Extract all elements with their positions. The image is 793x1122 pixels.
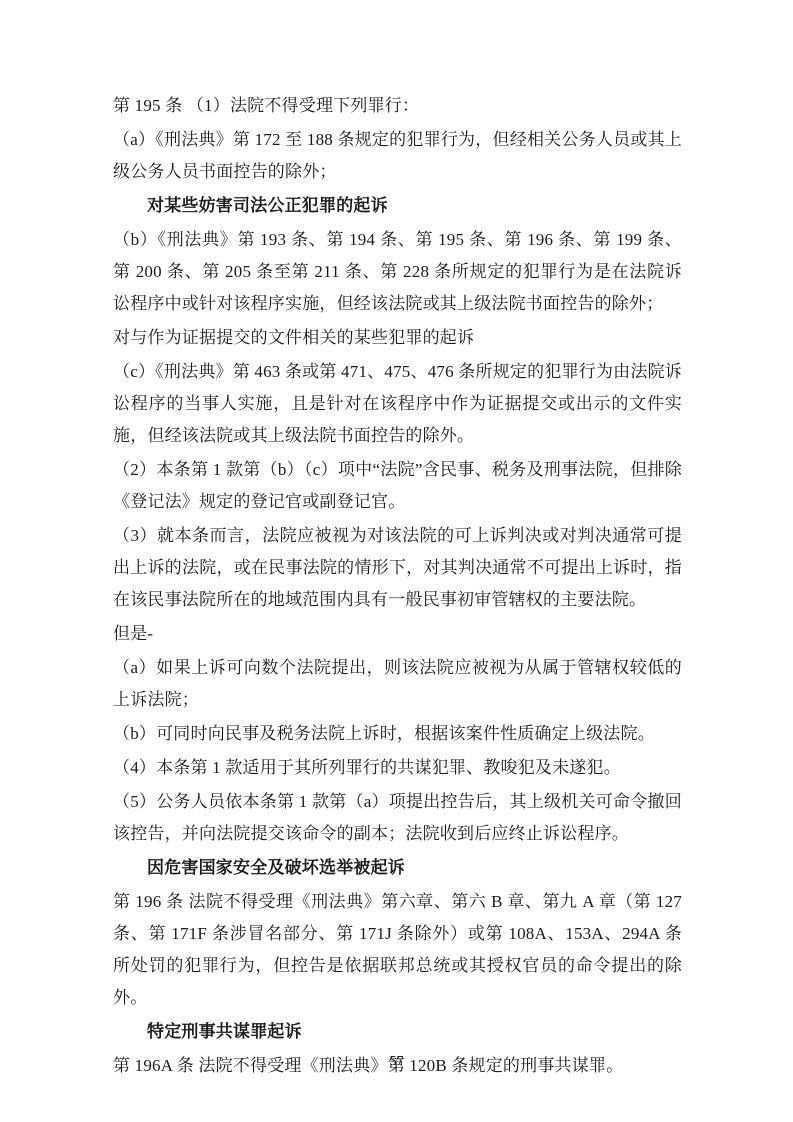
section-heading: 对与作为证据提交的文件相关的某些犯罪的起诉 [113, 322, 682, 354]
paragraph: （4）本条第 1 款适用于其所列罪行的共谋犯罪、教唆犯及未遂犯。 [113, 752, 682, 784]
paragraph: （2）本条第 1 款第（b）（c）项中“法院”含民事、税务及刑事法院，但排除《登… [113, 454, 682, 518]
paragraph: （b）《刑法典》第 193 条、第 194 条、第 195 条、第 196 条、… [113, 224, 682, 320]
document-page: 第 195 条 （1）法院不得受理下列罪行：（a）《刑法典》第 172 至 18… [0, 0, 793, 1122]
paragraph: （b）可同时向民事及税务法院上诉时，根据该案件性质确定上级法院。 [113, 718, 682, 750]
page-number: 57 [0, 1054, 793, 1070]
paragraph: 第 196 条 法院不得受理《刑法典》第六章、第六 B 章、第九 A 章（第 1… [113, 886, 682, 1014]
paragraph: （c）《刑法典》第 463 条或第 471、475、476 条所规定的犯罪行为由… [113, 356, 682, 452]
section-heading: 对某些妨害司法公正犯罪的起诉 [113, 190, 682, 222]
paragraph: （5）公务人员依本条第 1 款第（a）项提出控告后，其上级机关可命令撤回该控告，… [113, 786, 682, 850]
document-body: 第 195 条 （1）法院不得受理下列罪行：（a）《刑法典》第 172 至 18… [113, 90, 682, 1084]
paragraph: （3）就本条而言，法院应被视为对该法院的可上诉判决或对判决通常可提出上诉的法院，… [113, 520, 682, 616]
paragraph: 但是- [113, 618, 682, 650]
section-heading: 特定刑事共谋罪起诉 [113, 1016, 682, 1048]
paragraph: （a）《刑法典》第 172 至 188 条规定的犯罪行为，但经相关公务人员或其上… [113, 124, 682, 188]
paragraph: 第 195 条 （1）法院不得受理下列罪行： [113, 90, 682, 122]
paragraph: （a）如果上诉可向数个法院提出，则该法院应被视为从属于管辖权较低的上诉法院； [113, 652, 682, 716]
section-heading: 因危害国家安全及破坏选举被起诉 [113, 852, 682, 884]
